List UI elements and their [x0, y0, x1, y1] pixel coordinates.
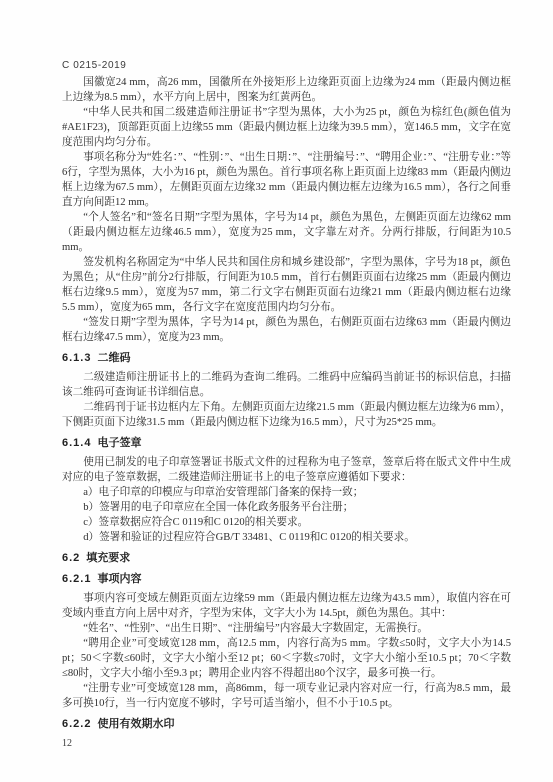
section-number: 6.1.3 [62, 352, 91, 364]
section-title: 事项内容 [97, 573, 141, 585]
list-item-a: a）电子印章的印模应与印章治安管理部门备案的保持一致； [62, 485, 511, 500]
paragraph-item-content-area: 事项内容可变域左侧距页面左边缘59 mm（距最内侧边框左边缘为43.5 mm），… [62, 591, 511, 621]
paragraph-item-names: 事项名称分为“姓名：”、“性别：”、“出生日期：”、“注册编号：”、“聘用企业：… [62, 150, 511, 210]
section-heading-6-2-1: 6.2.1事项内容 [62, 572, 511, 587]
section-title: 二维码 [97, 352, 130, 364]
paragraph-qrcode-purpose: 二级建造师注册证书上的二维码为查询二维码。二维码中应编码当前证书的标识信息，扫描… [62, 370, 511, 400]
section-title: 填充要求 [86, 552, 130, 564]
paragraph-emblem-size: 国徽宽24 mm，高26 mm，国徽所在外接矩形上边缘距页面上边缘为24 mm（… [62, 75, 511, 105]
paragraph-qrcode-position: 二维码刊于证书边框内左下角。左侧距页面左边缘21.5 mm（距最内侧边框左边缘为… [62, 400, 511, 430]
section-number: 6.2.1 [62, 573, 91, 585]
paragraph-eseal-intro: 使用已制发的电子印章签署证书版式文件的过程称为电子签章，签章后将在版式文件中生成… [62, 455, 511, 485]
section-heading-6-2: 6.2填充要求 [62, 551, 511, 566]
section-number: 6.1.4 [62, 437, 91, 449]
section-title: 使用有效期水印 [97, 718, 174, 730]
section-title: 电子签章 [97, 437, 141, 449]
section-heading-6-1-4: 6.1.4电子签章 [62, 436, 511, 451]
paragraph-personal-signature: “个人签名”和“签名日期”字型为黑体，字号为14 pt，颜色为黑色，左侧距页面左… [62, 210, 511, 255]
section-heading-6-1-3: 6.1.3二维码 [62, 351, 511, 366]
list-item-d: d）签署和验证的过程应符合GB/T 33481、C 0119和C 0120的相关… [62, 530, 511, 545]
document-page: C 0215-2019 国徽宽24 mm，高26 mm，国徽所在外接矩形上边缘距… [0, 0, 553, 782]
paragraph-registered-major-field: “注册专业”可变域宽128 mm，高86mm，每一项专业记录内容对应一行，行高为… [62, 681, 511, 711]
paragraph-employer-field: “聘用企业”可变域宽128 mm，高12.5 mm，内容行高为5 mm。字数≤5… [62, 636, 511, 681]
paragraph-certificate-title-style: “中华人民共和国二级建造师注册证书”字型为黑体，大小为25 pt，颜色为棕红色(… [62, 105, 511, 150]
page-number: 12 [62, 736, 511, 751]
page-content: C 0215-2019 国徽宽24 mm，高26 mm，国徽所在外接矩形上边缘距… [62, 58, 511, 761]
paragraph-fixed-length-items: “姓名”、“性别”、“出生日期”、“注册编号”内容最大字数固定，无需换行。 [62, 621, 511, 636]
doc-code: C 0215-2019 [62, 58, 511, 73]
section-number: 6.2 [62, 552, 80, 564]
section-number: 6.2.2 [62, 718, 91, 730]
paragraph-issuing-authority: 签发机构名称固定为“中华人民共和国住房和城乡建设部”，字型为黑体，字号为18 p… [62, 255, 511, 315]
paragraph-issue-date: “签发日期”字型为黑体，字号为14 pt，颜色为黑色，右侧距页面右边缘63 mm… [62, 315, 511, 345]
section-heading-6-2-2: 6.2.2使用有效期水印 [62, 717, 511, 732]
list-item-c: c）签章数据应符合C 0119和C 0120的相关要求。 [62, 515, 511, 530]
list-item-b: b）签署用的电子印章应在全国一体化政务服务平台注册； [62, 500, 511, 515]
